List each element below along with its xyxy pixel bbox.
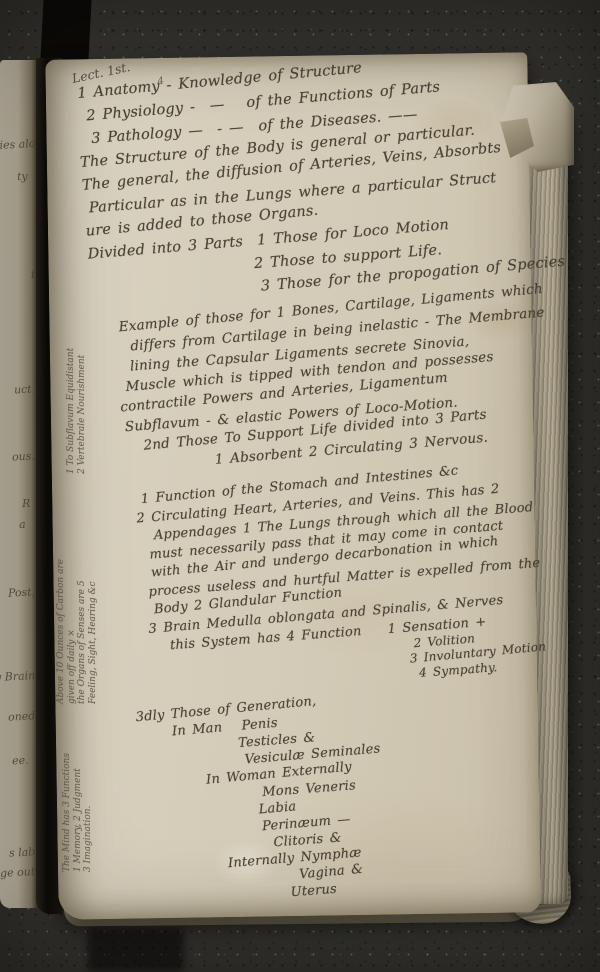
bottom-shadow [88,928,184,972]
edge-fragment: a [19,518,26,531]
margin-note-line: The Mind has 3 Functions [62,692,73,872]
manuscript-lines: 1 Anatomy - Knowledge of Structure2 Phys… [72,46,591,913]
edge-fragment: y Brain [0,669,35,684]
margin-note-line: 2 Vertebrale Nourishment [77,332,88,474]
edge-fragment: s lab [8,845,35,859]
edge-fragment: R [21,497,30,510]
edge-fragment: ge out [0,865,35,880]
margin-note: 1 To Subflavum Equidistant2 Vertebrale N… [66,332,87,474]
binding-strap [40,0,91,60]
margin-note: The Mind has 3 Functions1 Memory, 2 Judg… [62,692,94,872]
section-loco-motion-examples: Example of those for 1 Bones, Cartilage,… [91,283,555,479]
edge-fragment: Post, [8,585,36,599]
section-classification: 1 Anatomy - Knowledge of Structure2 Phys… [72,46,541,312]
margin-note-line: 3 Imagination. [83,692,94,872]
manuscript-page: Lect. 1st. 4 1 Anatomy - Knowledge of St… [45,52,540,919]
edge-fragment: ty [17,170,28,184]
edge-fragment: ee. [12,754,29,768]
edge-fragment: oned [7,709,35,723]
margin-note-line: 1 Memory, 2 Judgment [73,692,84,872]
margin-note-line: Above 10 Ounces of Carbon are [56,492,67,704]
edge-fragment: uct. [14,382,36,396]
margin-note-line: Feeling, Sight, Hearing &c [88,492,99,704]
section-generation: 3dly Those of Generation,In Man PenisTes… [123,673,590,913]
margin-note-line: 1 To Subflavum Equidistant [66,332,77,474]
edge-fragment: t [30,268,35,281]
margin-note: Above 10 Ounces of Carbon aregiven off d… [56,492,98,704]
edge-fragment: ous. [12,449,36,463]
edge-fragment: lies alo [0,137,35,152]
photo-background: lies alotytuct.ous.RaPost,y Brainonedee.… [0,0,600,972]
facing-page-edge: lies alotytuct.ous.RaPost,y Brainonedee.… [0,60,40,908]
margin-note-line: the Organs of Senses are 5 [77,492,88,704]
margin-note-line: given off daily × [67,492,78,704]
section-support-life: 1 Function of the Stomach and Intestines… [105,457,573,705]
